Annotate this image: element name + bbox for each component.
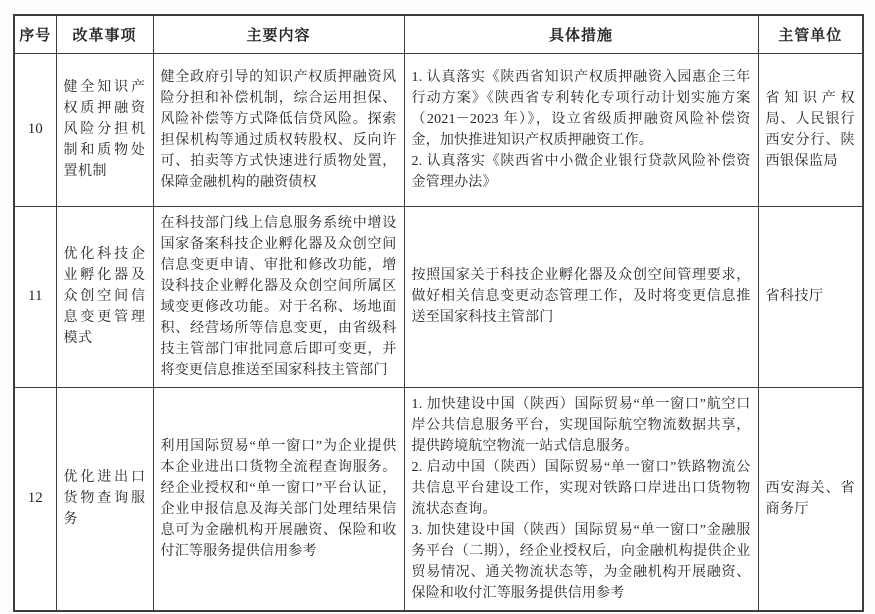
reform-item-text: 优化进出口货物查询服务 [64, 467, 146, 530]
measures-cell: 1. 认真落实《陕西省知识产权质押融资入园惠企三年行动方案》《陕西省专利转化专项… [404, 53, 758, 206]
header-reform-item: 改革事项 [56, 15, 153, 53]
responsible-unit-cell: 省知识产权局、人民银行西安分行、陕西银保监局 [758, 53, 863, 206]
table-row: 11 优化科技企业孵化器及众创空间信息变更管理模式 在科技部门线上信息服务系统中… [14, 206, 863, 387]
measures-cell: 1. 加快建设中国（陕西）国际贸易“单一窗口”航空口岸公共信息服务平台，实现国际… [404, 387, 758, 611]
responsible-unit-cell: 省科技厅 [758, 206, 863, 387]
header-main-content: 主要内容 [153, 15, 404, 53]
row-number: 12 [14, 387, 56, 611]
measure-paragraph: 3. 加快建设中国（陕西）国际贸易“单一窗口”金融服务平台（二期），经企业授权后… [412, 520, 751, 604]
measure-paragraph: 1. 加快建设中国（陕西）国际贸易“单一窗口”航空口岸公共信息服务平台，实现国际… [412, 394, 751, 457]
table-row: 10 健全知识产权质押融资风险分担机制和质物处置机制 健全政府引导的知识产权质押… [14, 53, 863, 206]
responsible-unit-cell: 西安海关、省商务厅 [758, 387, 863, 611]
responsible-unit-text: 省知识产权局、人民银行西安分行、陕西银保监局 [766, 88, 856, 172]
measure-paragraph: 2. 启动中国（陕西）国际贸易“单一窗口”铁路物流公共信息平台建设工作，实现对铁… [412, 457, 751, 520]
measure-paragraph: 2. 认真落实《陕西省中小微企业银行贷款风险补偿资金管理办法》 [412, 151, 751, 193]
document-page: 序号 改革事项 主要内容 具体措施 主管单位 10 健全知识产权质押融资风险分担… [0, 0, 875, 614]
responsible-unit-text: 西安海关、省商务厅 [766, 478, 856, 520]
table-header-row: 序号 改革事项 主要内容 具体措施 主管单位 [14, 15, 863, 53]
main-content-text: 健全政府引导的知识产权质押融资风险分担和补偿机制，综合运用担保、风险补偿等方式降… [161, 67, 397, 193]
measure-paragraph: 1. 认真落实《陕西省知识产权质押融资入园惠企三年行动方案》《陕西省专利转化专项… [412, 67, 751, 151]
main-content-text: 利用国际贸易“单一窗口”为企业提供本企业进出口货物全流程查询服务。经企业授权和“… [161, 436, 397, 562]
main-content-cell: 在科技部门线上信息服务系统中增设国家备案科技企业孵化器及众创空间信息变更申请、审… [153, 206, 404, 387]
main-content-text: 在科技部门线上信息服务系统中增设国家备案科技企业孵化器及众创空间信息变更申请、审… [161, 213, 397, 381]
reform-item-cell: 优化进出口货物查询服务 [56, 387, 153, 611]
main-content-cell: 利用国际贸易“单一窗口”为企业提供本企业进出口货物全流程查询服务。经企业授权和“… [153, 387, 404, 611]
reform-measures-table: 序号 改革事项 主要内容 具体措施 主管单位 10 健全知识产权质押融资风险分担… [13, 14, 864, 612]
reform-item-cell: 优化科技企业孵化器及众创空间信息变更管理模式 [56, 206, 153, 387]
reform-item-text: 健全知识产权质押融资风险分担机制和质物处置机制 [64, 77, 146, 182]
measure-paragraph: 按照国家关于科技企业孵化器及众创空间管理要求，做好相关信息变更动态管理工作，及时… [412, 265, 751, 328]
reform-item-cell: 健全知识产权质押融资风险分担机制和质物处置机制 [56, 53, 153, 206]
header-specific-measures: 具体措施 [404, 15, 758, 53]
row-number: 11 [14, 206, 56, 387]
header-responsible-unit: 主管单位 [758, 15, 863, 53]
row-number: 10 [14, 53, 56, 206]
table-row: 12 优化进出口货物查询服务 利用国际贸易“单一窗口”为企业提供本企业进出口货物… [14, 387, 863, 611]
measures-cell: 按照国家关于科技企业孵化器及众创空间管理要求，做好相关信息变更动态管理工作，及时… [404, 206, 758, 387]
main-content-cell: 健全政府引导的知识产权质押融资风险分担和补偿机制，综合运用担保、风险补偿等方式降… [153, 53, 404, 206]
header-no: 序号 [14, 15, 56, 53]
responsible-unit-text: 省科技厅 [766, 286, 856, 307]
reform-item-text: 优化科技企业孵化器及众创空间信息变更管理模式 [64, 244, 146, 349]
